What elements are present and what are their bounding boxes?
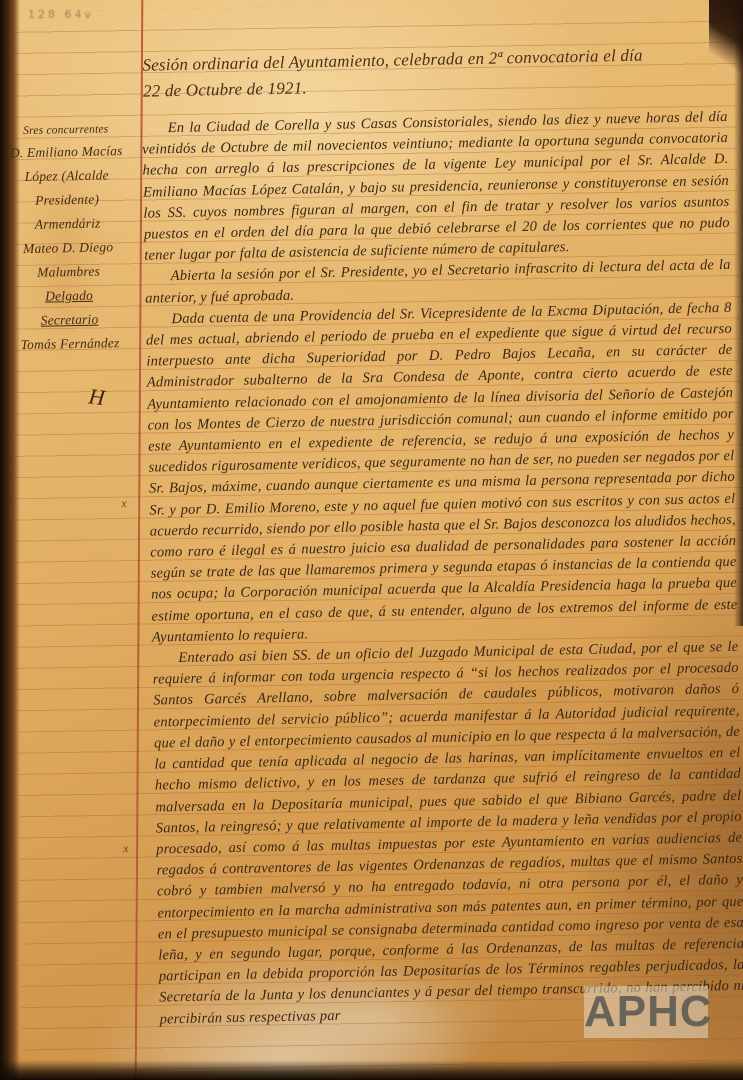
page-edge-shadow-bottom <box>0 1060 743 1080</box>
session-title: Sesión ordinaria del Ayuntamiento, celeb… <box>142 41 723 105</box>
minutes-body-text: En la Ciudad de Corella y sus Casas Cons… <box>142 107 743 1030</box>
margin-x-mark: x <box>123 841 129 856</box>
paragraph-opening: En la Ciudad de Corella y sus Casas Cons… <box>142 107 731 267</box>
archive-watermark: APHC <box>584 986 708 1038</box>
attendees-heading: Sres concurrentes <box>4 119 128 141</box>
attendee-name: Malumbres <box>6 259 130 285</box>
paragraph-providencia-diputacion: Dada cuenta de una Providencia del Sr. V… <box>145 298 738 649</box>
attendee-name: Delgado <box>7 283 131 309</box>
attendee-name: Mateo D. Diego <box>6 235 130 261</box>
secretary-label: Secretario <box>7 307 131 333</box>
attendee-name: Armendáriz <box>5 211 129 237</box>
margin-x-mark: x <box>121 496 127 511</box>
secretary-name: Tomás Fernández <box>8 331 132 357</box>
handwritten-content: Sesión ordinaria del Ayuntamiento, celeb… <box>0 0 743 1080</box>
paragraph-oficio-juzgado: Enterado asi bien SS. de un oficio del J… <box>152 637 743 1030</box>
attendees-margin-column: Sres concurrentes D. Emiliano Macías Lóp… <box>4 119 134 407</box>
attendee-name: López (Alcalde Presidente) <box>4 163 129 213</box>
margin-flourish-mark: H <box>8 375 134 414</box>
scanned-document-page: 128 64v Sesión ordinaria del Ayuntamient… <box>0 0 743 1080</box>
attendee-name: D. Emiliano Macías <box>4 139 128 165</box>
